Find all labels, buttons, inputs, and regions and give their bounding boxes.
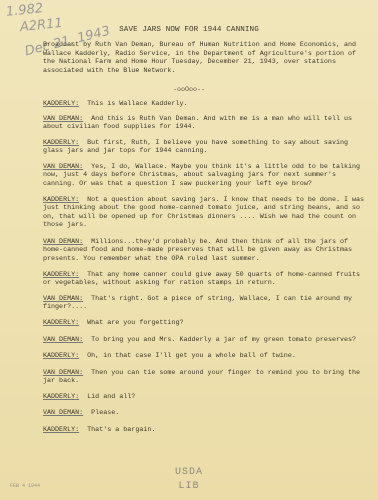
spoken-text: And this is Ruth Van Deman. And with me …	[43, 115, 352, 131]
spoken-text: That's right. Got a piece of string, Wal…	[43, 295, 352, 311]
dialogue-line: KADDERLY: But first, Ruth, I believe you…	[43, 139, 365, 156]
dialogue-line: VAN DEMAN: Millions...they'd probably be…	[43, 238, 365, 263]
spoken-text: That any home canner could give away 50 …	[43, 271, 360, 287]
usda-library-stamp-lib: LIB	[0, 481, 378, 492]
spoken-text: Please.	[91, 409, 119, 417]
dialogue-line: KADDERLY: That any home canner could giv…	[43, 271, 365, 288]
spoken-text: Not a question about saving jars. I know…	[43, 196, 364, 229]
dialogue-line: VAN DEMAN: Please.	[43, 409, 365, 417]
dialogue-line: KADDERLY: That's a bargain.	[43, 426, 365, 434]
dialogue-line: KADDERLY: Lid and all?	[43, 393, 365, 401]
section-divider: -ooOoo--	[0, 86, 378, 94]
speaker-name: KADDERLY:	[43, 100, 79, 108]
speaker-name: VAN DEMAN:	[43, 163, 83, 171]
spoken-text: That's a bargain.	[87, 426, 155, 434]
spoken-text: But first, Ruth, I believe you have some…	[43, 139, 348, 155]
dialogue-line: KADDERLY: What are you forgetting?	[43, 319, 365, 327]
dialogue-line: VAN DEMAN: That's right. Got a piece of …	[43, 295, 365, 312]
dialogue-line: VAN DEMAN: Then you can tie some around …	[43, 369, 365, 386]
broadcast-intro: Broadcast by Ruth Van Deman, Bureau of H…	[43, 41, 363, 75]
speaker-name: KADDERLY:	[43, 426, 79, 434]
dialogue-line: VAN DEMAN: Yes, I do, Wallace. Maybe you…	[43, 163, 365, 188]
speaker-name: KADDERLY:	[43, 139, 79, 147]
spoken-text: Lid and all?	[87, 393, 135, 401]
spoken-text: To bring you and Mrs. Kadderly a jar of …	[91, 336, 356, 344]
speaker-name: VAN DEMAN:	[43, 336, 83, 344]
speaker-name: VAN DEMAN:	[43, 115, 83, 123]
dialogue-line: KADDERLY: Not a question about saving ja…	[43, 196, 365, 230]
received-date-stamp: FEB 4 1944	[10, 483, 40, 489]
spoken-text: Oh, in that case I'll get you a whole ba…	[87, 352, 296, 360]
speaker-name: VAN DEMAN:	[43, 369, 83, 377]
document-title: SAVE JARS NOW FOR 1944 CANNING	[0, 26, 378, 34]
speaker-name: KADDERLY:	[43, 352, 79, 360]
usda-library-stamp: USDA	[0, 467, 378, 478]
spoken-text: Yes, I do, Wallace. Maybe you think it's…	[43, 163, 360, 188]
dialogue-line: KADDERLY: This is Wallace Kadderly.	[43, 100, 365, 108]
dialogue-line: VAN DEMAN: To bring you and Mrs. Kadderl…	[43, 336, 365, 344]
speaker-name: KADDERLY:	[43, 393, 79, 401]
speaker-name: KADDERLY:	[43, 196, 79, 204]
spoken-text: This is Wallace Kadderly.	[87, 100, 187, 108]
dialogue-line: VAN DEMAN: And this is Ruth Van Deman. A…	[43, 115, 365, 132]
speaker-name: VAN DEMAN:	[43, 295, 83, 303]
speaker-name: KADDERLY:	[43, 319, 79, 327]
spoken-text: What are you forgetting?	[87, 319, 183, 327]
speaker-name: VAN DEMAN:	[43, 238, 83, 246]
speaker-name: VAN DEMAN:	[43, 409, 83, 417]
document-page: 1.982 A2R11 Dec 21, 1943 SAVE JARS NOW F…	[0, 0, 378, 500]
dialogue-line: KADDERLY: Oh, in that case I'll get you …	[43, 352, 365, 360]
spoken-text: Millions...they'd probably be. And then …	[43, 238, 352, 263]
speaker-name: KADDERLY:	[43, 271, 79, 279]
spoken-text: Then you can tie some around your finger…	[43, 369, 360, 385]
